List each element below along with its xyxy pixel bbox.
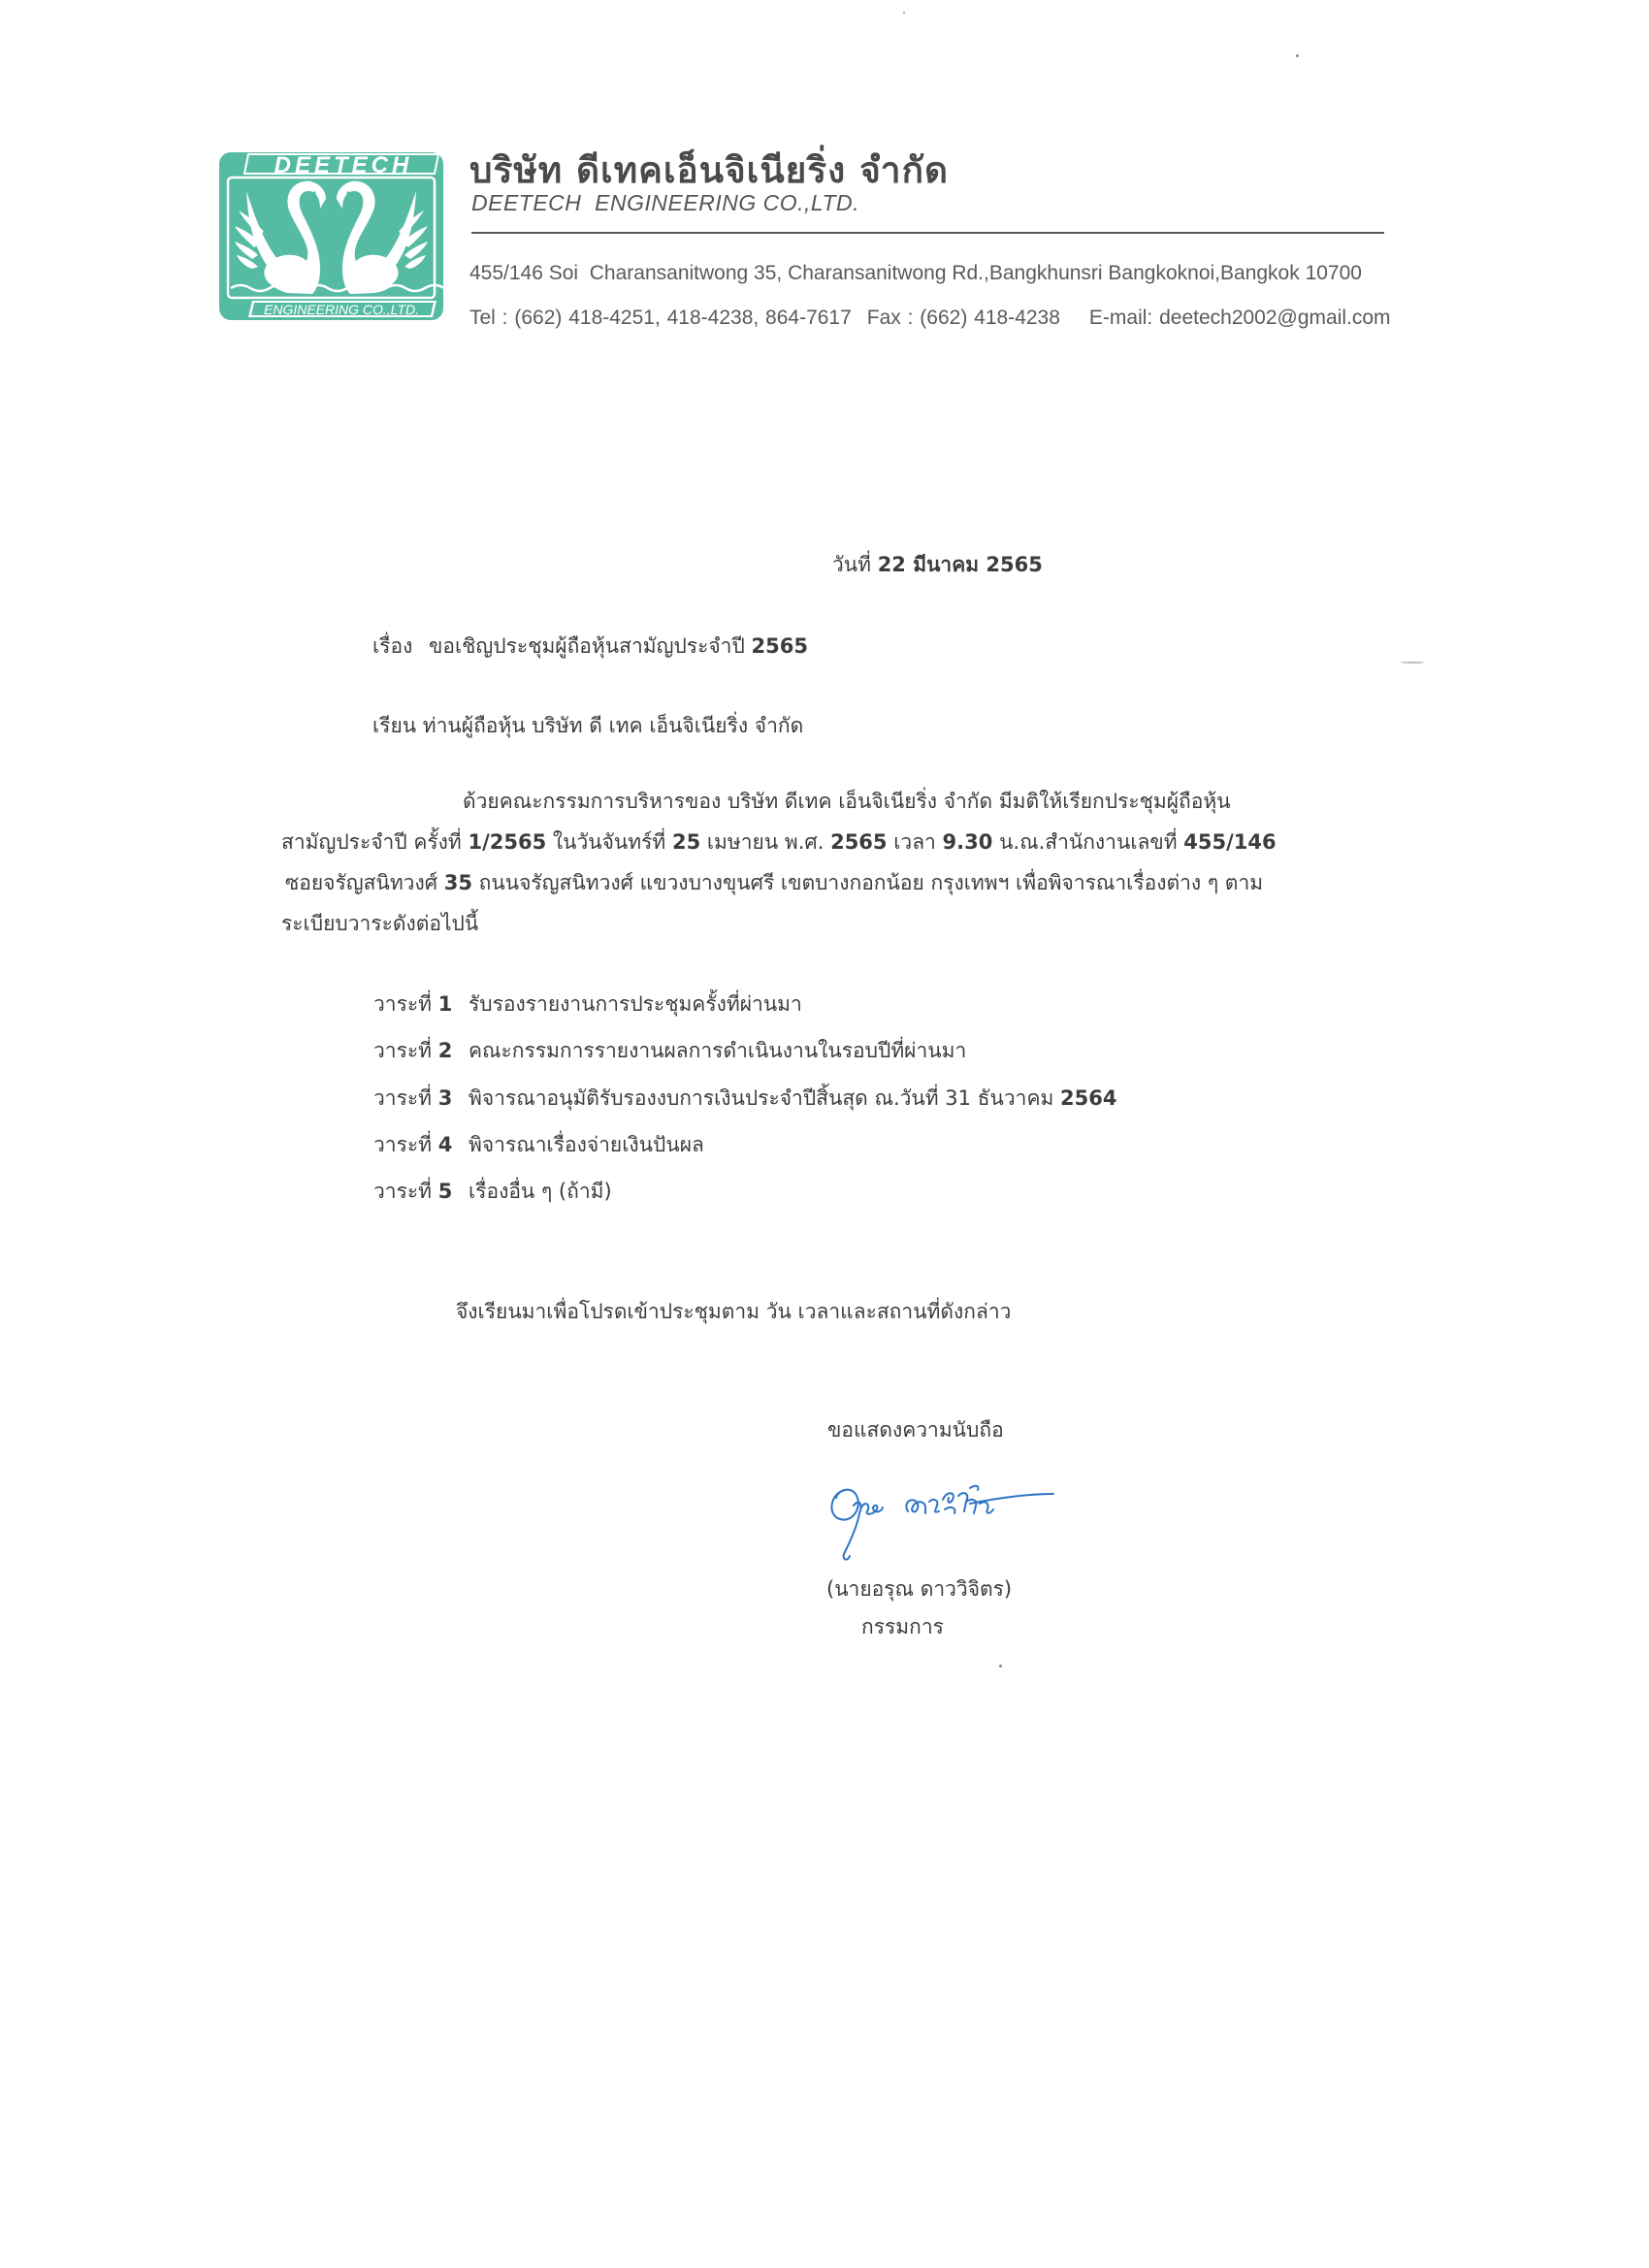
agenda-text: คณะกรรมการรายงานผลการดำเนินงานในรอบปีที่…: [469, 1039, 966, 1062]
agenda-item: วาระที่ 4 พิจารณาเรื่องจ่ายเงินปันผล: [373, 1129, 1116, 1176]
email-address: E-mail: deetech2002@gmail.com: [1089, 307, 1391, 329]
agenda-number: 3: [438, 1086, 453, 1110]
header-divider: [471, 232, 1384, 234]
svg-text:DEETECH: DEETECH: [275, 152, 413, 178]
text-fragment: สามัญประจำปี ครั้งที่: [281, 830, 462, 854]
agenda-label: วาระที่: [373, 1180, 432, 1203]
agenda-label: วาระที่: [373, 1039, 432, 1062]
paragraph-line: ด้วยคณะกรรมการบริหารของ บริษัท ดีเทค เอ็…: [281, 786, 1329, 826]
agenda-item: วาระที่ 5 เรื่องอื่น ๆ (ถ้ามี): [373, 1176, 1116, 1222]
text-fragment: น.ณ.สำนักงานเลขที่: [999, 830, 1178, 854]
signature: [824, 1476, 1057, 1569]
sign-off: ขอแสดงความนับถือ: [827, 1414, 1004, 1446]
agenda-text: พิจารณาเรื่องจ่ายเงินปันผล: [469, 1133, 704, 1156]
scan-speck: [1296, 54, 1299, 57]
agenda-label: วาระที่: [373, 992, 432, 1016]
office-number: 455/146: [1183, 830, 1276, 854]
subject-text: ขอเชิญประชุมผู้ถือหุ้นสามัญประจำปี: [429, 634, 745, 658]
paragraph-line: สามัญประจำปี ครั้งที่ 1/2565 ในวันจันทร์…: [281, 826, 1329, 867]
agenda-number: 2: [438, 1039, 453, 1062]
text-fragment: เวลา: [893, 830, 936, 854]
fax-number: Fax : (662) 418-4238: [867, 307, 1060, 329]
agenda-item: วาระที่ 1 รับรองรายงานการประชุมครั้งที่ผ…: [373, 988, 1116, 1035]
subject-year: 2565: [751, 634, 807, 658]
agenda-label: วาระที่: [373, 1133, 432, 1156]
agenda-text: เรื่องอื่น ๆ (ถ้ามี): [469, 1180, 612, 1203]
company-contact: Tel : (662) 418-4251, 418-4238, 864-7617…: [469, 307, 1391, 330]
closing-sentence: จึงเรียนมาเพื่อโปรดเข้าประชุมตาม วัน เวล…: [456, 1296, 1011, 1328]
agenda-number: 1: [438, 992, 453, 1016]
text-fragment: ถนนจรัญสนิทวงศ์ แขวงบางขุนศรี เขตบางกอกน…: [479, 871, 1263, 894]
agenda-list: วาระที่ 1 รับรองรายงานการประชุมครั้งที่ผ…: [373, 988, 1116, 1222]
text-fragment: ในวันจันทร์ที่: [553, 830, 665, 854]
agenda-year: 2564: [1060, 1086, 1116, 1110]
telephone-numbers: Tel : (662) 418-4251, 418-4238, 864-7617: [469, 307, 852, 329]
date-value: 22 มีนาคม 2565: [878, 553, 1043, 576]
svg-text:ENGINEERING CO.,LTD.: ENGINEERING CO.,LTD.: [264, 302, 419, 317]
letter-date: วันที่ 22 มีนาคม 2565: [832, 549, 1043, 581]
company-address: 455/146 Soi Charansanitwong 35, Charansa…: [469, 262, 1362, 285]
text-fragment: เมษายน พ.ศ.: [707, 830, 824, 854]
scan-speck: [999, 1665, 1002, 1668]
agenda-number: 5: [438, 1180, 453, 1203]
paragraph-line: ซอยจรัญสนิทวงศ์ 35 ถนนจรัญสนิทวงศ์ แขวงบ…: [281, 867, 1329, 908]
letter-subject: เรื่อง ขอเชิญประชุมผู้ถือหุ้นสามัญประจำป…: [372, 631, 808, 663]
company-name-english: DEETECH ENGINEERING CO.,LTD.: [471, 190, 859, 216]
agenda-number: 4: [438, 1133, 453, 1156]
scan-speck: [903, 12, 905, 14]
agenda-text: พิจารณาอนุมัติรับรองงบการเงินประจำปีสิ้น…: [469, 1086, 1053, 1110]
handwritten-signature-icon: [824, 1476, 1057, 1569]
paragraph-line: ระเบียบวาระดังต่อไปนี้: [281, 908, 1329, 949]
letter-paragraph: ด้วยคณะกรรมการบริหารของ บริษัท ดีเทค เอ็…: [281, 786, 1329, 949]
company-logo: DEETECH ENGINEERING CO.,L: [219, 152, 443, 320]
agenda-item: วาระที่ 3 พิจารณาอนุมัติรับรองงบการเงินป…: [373, 1083, 1116, 1129]
signer-name: (นายอรุณ ดาววิจิตร): [826, 1573, 1012, 1605]
soi-number: 35: [444, 871, 472, 894]
scan-speck: [1401, 662, 1424, 664]
signer-title: กรรมการ: [861, 1611, 944, 1643]
text-fragment: ซอยจรัญสนิทวงศ์: [285, 871, 437, 894]
meeting-time: 9.30: [943, 830, 993, 854]
meeting-day: 25: [672, 830, 700, 854]
meeting-year: 2565: [830, 830, 887, 854]
letter-greeting: เรียน ท่านผู้ถือหุ้น บริษัท ดี เทค เอ็นจ…: [372, 710, 803, 742]
agenda-text: รับรองรายงานการประชุมครั้งที่ผ่านมา: [469, 992, 802, 1016]
agenda-item: วาระที่ 2 คณะกรรมการรายงานผลการดำเนินงาน…: [373, 1035, 1116, 1082]
subject-label: เรื่อง: [372, 634, 412, 658]
date-label: วันที่: [832, 553, 871, 576]
meeting-number: 1/2565: [468, 830, 546, 854]
twin-swans-logo-icon: DEETECH ENGINEERING CO.,L: [219, 152, 443, 320]
agenda-label: วาระที่: [373, 1086, 432, 1110]
